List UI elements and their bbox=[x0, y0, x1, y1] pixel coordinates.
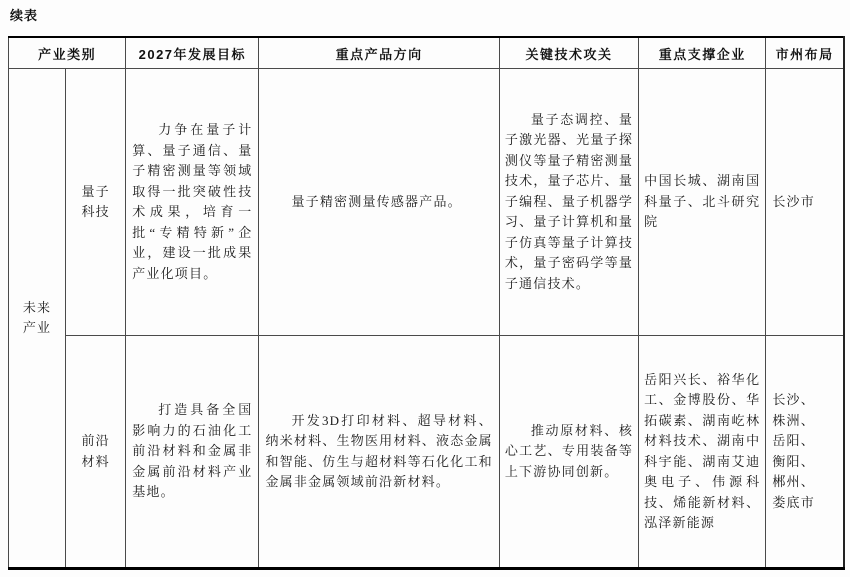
products-cell-quantum-tech: 量子精密测量传感器产品。 bbox=[259, 69, 499, 336]
cities-text-frontier-materials: 长沙、 株洲、 岳阳、 衡阳、 郴州、 娄底市 bbox=[767, 390, 842, 513]
enterprises-text-quantum-tech: 中国长城、湖南国科量子、北斗研究院 bbox=[640, 171, 764, 233]
continued-table-label: 续表 bbox=[10, 5, 38, 24]
cities-cell-frontier-materials: 长沙、 株洲、 岳阳、 衡阳、 郴州、 娄底市 bbox=[766, 336, 844, 569]
enterprises-cell-quantum-tech: 中国长城、湖南国科量子、北斗研究院 bbox=[639, 69, 766, 336]
products-text-quantum-tech: 量子精密测量传感器产品。 bbox=[260, 192, 497, 213]
goal-text-quantum-tech: 力争在量子计算、量子通信、量子精密测量等领域取得一批突破性技术成果，培育一批“专… bbox=[127, 120, 257, 284]
enterprises-text-frontier-materials: 岳阳兴长、裕华化工、金博股份、华拓碳素、湖南屹林材料技术、湖南中科宇能、湖南艾迪… bbox=[640, 370, 764, 534]
column-header-city-layout: 市州布局 bbox=[766, 37, 844, 69]
column-header-industry-category: 产业类别 bbox=[9, 37, 126, 69]
column-header-goal-2027: 2027年发展目标 bbox=[126, 37, 259, 69]
industry-planning-table: 产业类别 2027年发展目标 重点产品方向 关键技术攻关 重点支撑企业 市州布局… bbox=[8, 36, 845, 570]
goal-cell-frontier-materials: 打造具备全国影响力的石油化工前沿材料和金属非金属前沿材料产业基地。 bbox=[126, 336, 259, 569]
products-text-frontier-materials: 开发3D打印材料、超导材料、纳米材料、生物医用材料、液态金属和智能、仿生与超材料… bbox=[260, 411, 497, 493]
enterprises-cell-frontier-materials: 岳阳兴长、裕华化工、金博股份、华拓碳素、湖南屹林材料技术、湖南中科宇能、湖南艾迪… bbox=[639, 336, 766, 569]
technologies-text-frontier-materials: 推动原材料、核心工艺、专用装备等上下游协同创新。 bbox=[501, 421, 637, 483]
subcategory-cell-quantum-tech: 量子 科技 bbox=[66, 69, 126, 336]
category-cell-future-industries: 未来 产业 bbox=[9, 69, 66, 569]
products-cell-frontier-materials: 开发3D打印材料、超导材料、纳米材料、生物医用材料、液态金属和智能、仿生与超材料… bbox=[259, 336, 499, 569]
technologies-cell-frontier-materials: 推动原材料、核心工艺、专用装备等上下游协同创新。 bbox=[499, 336, 638, 569]
column-header-key-technologies: 关键技术攻关 bbox=[499, 37, 638, 69]
technologies-text-quantum-tech: 量子态调控、量子激光器、光量子探测仪等量子精密测量技术，量子芯片、量子编程、量子… bbox=[501, 110, 637, 295]
technologies-cell-quantum-tech: 量子态调控、量子激光器、光量子探测仪等量子精密测量技术，量子芯片、量子编程、量子… bbox=[499, 69, 638, 336]
cities-cell-quantum-tech: 长沙市 bbox=[766, 69, 844, 336]
subcategory-cell-frontier-materials: 前沿 材料 bbox=[66, 336, 126, 569]
column-header-key-enterprises: 重点支撑企业 bbox=[639, 37, 766, 69]
cities-text-quantum-tech: 长沙市 bbox=[767, 192, 842, 213]
goal-cell-quantum-tech: 力争在量子计算、量子通信、量子精密测量等领域取得一批突破性技术成果，培育一批“专… bbox=[126, 69, 259, 336]
goal-text-frontier-materials: 打造具备全国影响力的石油化工前沿材料和金属非金属前沿材料产业基地。 bbox=[127, 400, 257, 503]
table-row-quantum-tech: 未来 产业 量子 科技 力争在量子计算、量子通信、量子精密测量等领域取得一批突破… bbox=[9, 69, 845, 336]
table-header-row: 产业类别 2027年发展目标 重点产品方向 关键技术攻关 重点支撑企业 市州布局 bbox=[9, 37, 845, 69]
column-header-key-products: 重点产品方向 bbox=[259, 37, 499, 69]
table-row-frontier-materials: 前沿 材料 打造具备全国影响力的石油化工前沿材料和金属非金属前沿材料产业基地。 … bbox=[9, 336, 845, 569]
